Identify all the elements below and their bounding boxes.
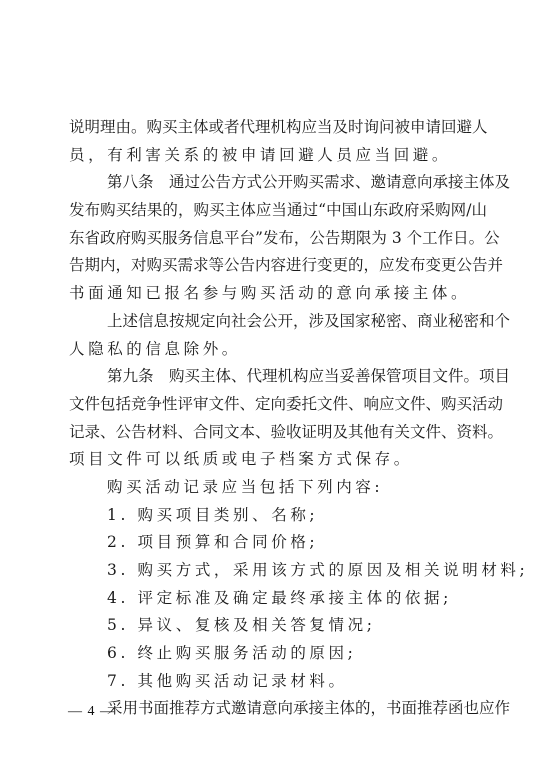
text-line: 人隐私的信息除外。 xyxy=(69,336,487,364)
text-line: 记录、公告材料、合同文本、验收证明及其他有关文件、资料。 xyxy=(69,419,487,447)
text-line: 采用书面推荐方式邀请意向承接主体的，书面推荐函也应作 xyxy=(69,695,487,723)
list-item: 3. 购买方式，采用该方式的原因及相关说明材料; xyxy=(69,557,487,585)
text-line: 员，有利害关系的被申请回避人员应当回避。 xyxy=(69,142,487,170)
article-8-heading-line: 第八条 通过公告方式公开购买需求、邀请意向承接主体及 xyxy=(69,169,487,197)
list-item: 2. 项目预算和合同价格; xyxy=(69,529,487,557)
list-item: 7. 其他购买活动记录材料。 xyxy=(69,668,487,696)
list-item: 1. 购买项目类别、名称; xyxy=(69,502,487,530)
list-intro-line: 购买活动记录应当包括下列内容: xyxy=(69,474,487,502)
list-item: 4. 评定标准及确定最终承接主体的依据; xyxy=(69,585,487,613)
text-line: 东省政府购买服务信息平台”发布，公告期限为 3 个工作日。公 xyxy=(69,225,487,253)
list-item: 5. 异议、复核及相关答复情况; xyxy=(69,612,487,640)
text-line: 文件包括竞争性评审文件、定向委托文件、响应文件、购买活动 xyxy=(69,391,487,419)
text-line: 项目文件可以纸质或电子档案方式保存。 xyxy=(69,446,487,474)
text-line: 发布购买结果的，购买主体应当通过“中国山东政府采购网/山 xyxy=(69,197,487,225)
list-item: 6. 终止购买服务活动的原因; xyxy=(69,640,487,668)
text-line: 书面通知已报名参与购买活动的意向承接主体。 xyxy=(69,280,487,308)
text-line: 说明理由。购买主体或者代理机构应当及时询问被申请回避人 xyxy=(69,114,487,142)
text-line: 上述信息按规定向社会公开，涉及国家秘密、商业秘密和个 xyxy=(69,308,487,336)
article-9-heading-line: 第九条 购买主体、代理机构应当妥善保管项目文件。项目 xyxy=(69,363,487,391)
document-page-body: 说明理由。购买主体或者代理机构应当及时询问被申请回避人 员，有利害关系的被申请回… xyxy=(69,114,487,723)
page-number: — 4 — xyxy=(68,704,115,720)
text-line: 告期内，对购买需求等公告内容进行变更的，应发布变更公告并 xyxy=(69,252,487,280)
